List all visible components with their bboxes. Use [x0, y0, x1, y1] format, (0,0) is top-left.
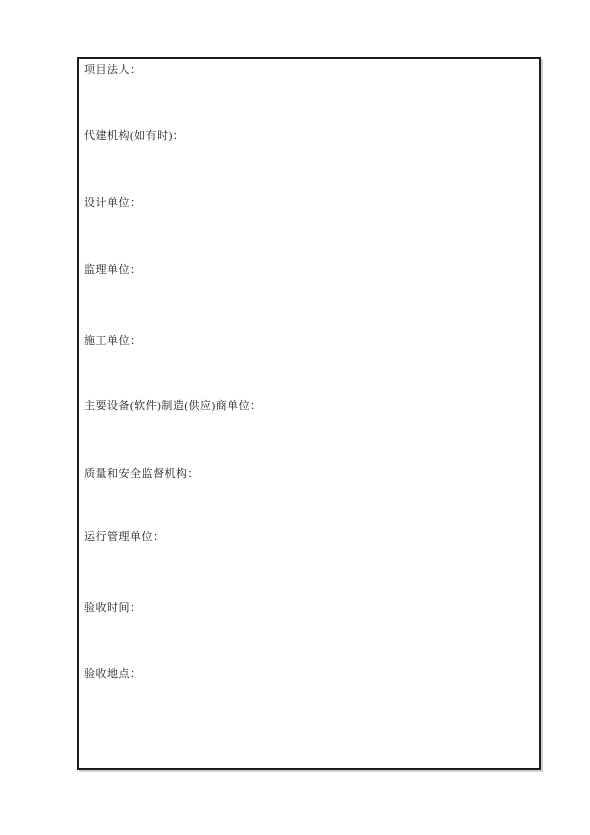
field-label-agent-construction-org: 代建机构(如有时)：	[84, 130, 184, 143]
field-label-quality-safety-org: 质量和安全监督机构：	[84, 468, 199, 481]
field-label-acceptance-place: 验收地点：	[84, 668, 142, 681]
document-page: 项目法人： 代建机构(如有时)： 设计单位： 监理单位： 施工单位： 主要设备(…	[0, 0, 590, 835]
field-label-project-legal-person: 项目法人：	[84, 64, 142, 77]
field-label-supervision-unit: 监理单位：	[84, 264, 142, 277]
field-label-construction-unit: 施工单位：	[84, 335, 142, 348]
field-label-operation-mgmt-unit: 运行管理单位：	[84, 531, 165, 544]
field-label-equipment-supplier: 主要设备(软件)制造(供应)商单位：	[84, 400, 262, 413]
field-label-acceptance-time: 验收时间：	[84, 602, 142, 615]
form-border-box: 项目法人： 代建机构(如有时)： 设计单位： 监理单位： 施工单位： 主要设备(…	[77, 57, 541, 770]
field-label-design-unit: 设计单位：	[84, 197, 142, 210]
